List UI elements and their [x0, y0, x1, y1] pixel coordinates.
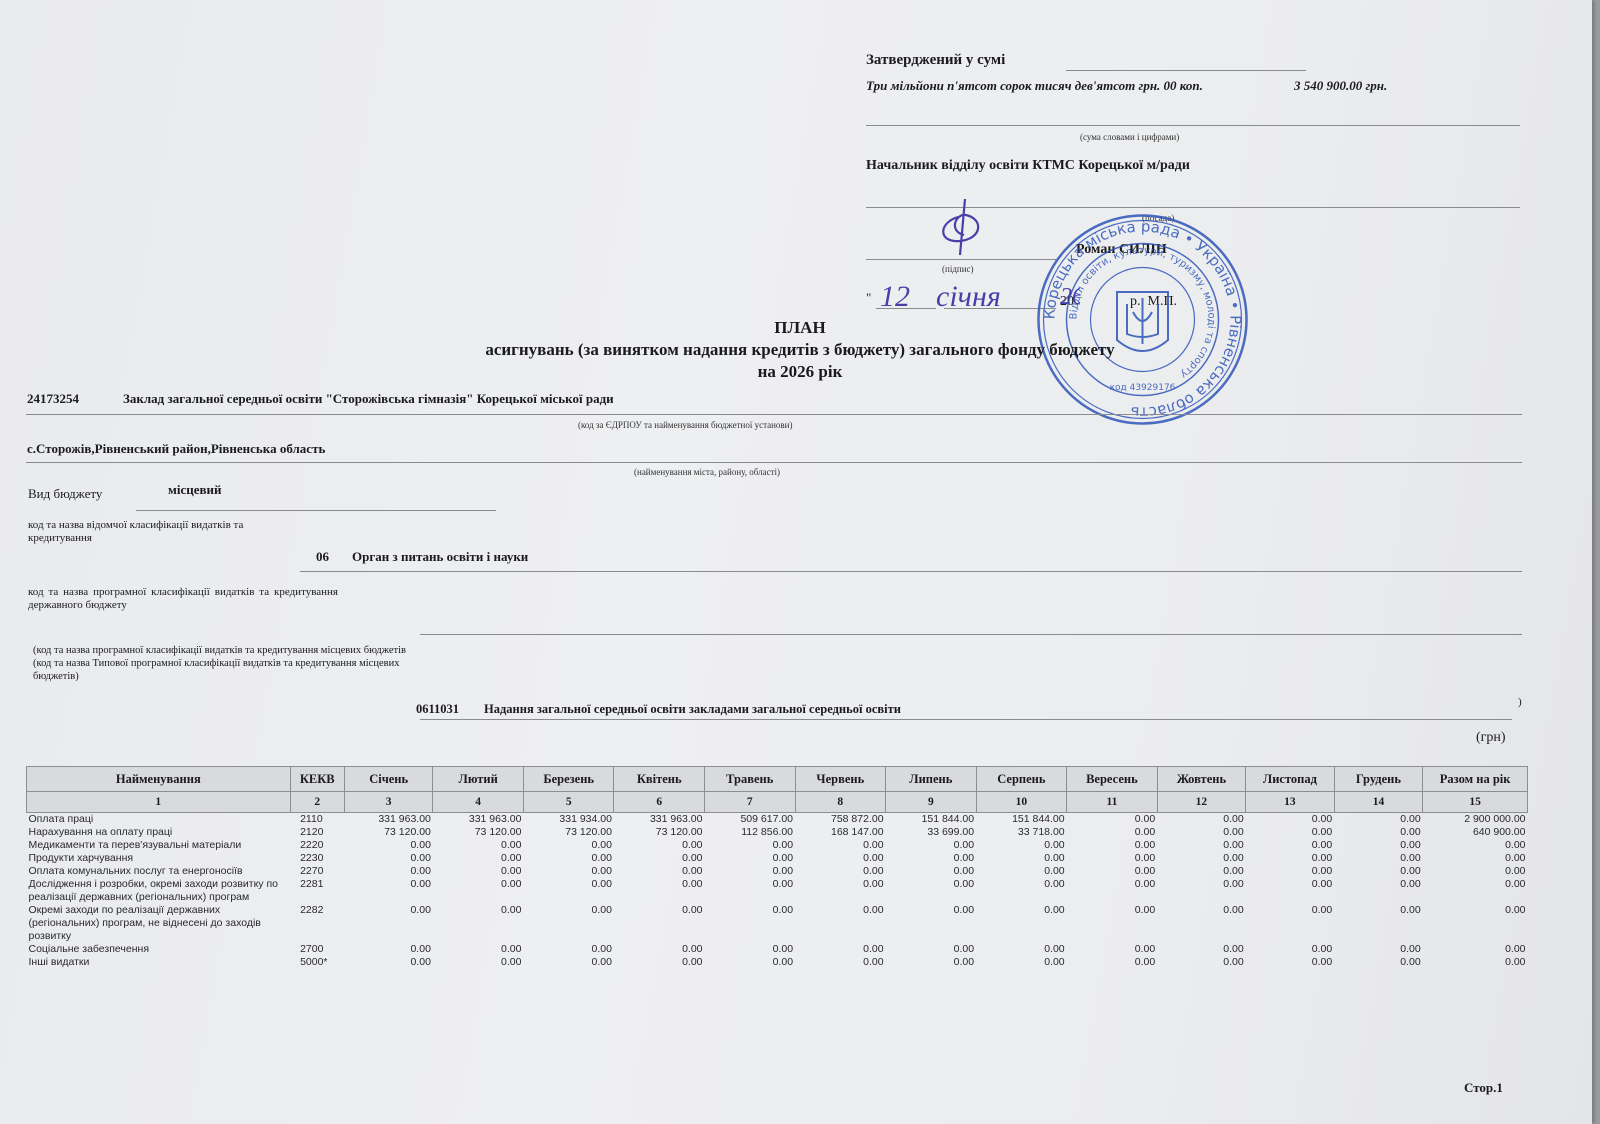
- column-header: Травень: [705, 767, 796, 792]
- local-program-label: (код та назва програмної класифікації ви…: [33, 644, 413, 683]
- approval-sum-digits: 3 540 900.00 грн.: [1294, 78, 1387, 94]
- column-header: Червень: [795, 767, 886, 792]
- month-value-cell: 0.00: [1334, 878, 1423, 904]
- divider: [1066, 70, 1306, 71]
- month-value-cell: 0.00: [1067, 839, 1158, 852]
- month-value-cell: 0.00: [705, 865, 796, 878]
- month-value-cell: 0.00: [1246, 865, 1335, 878]
- month-value-cell: 0.00: [705, 943, 796, 956]
- month-value-cell: 0.00: [614, 878, 705, 904]
- month-value-cell: 0.00: [886, 865, 977, 878]
- month-value-cell: 0.00: [886, 878, 977, 904]
- kekv-code: 5000*: [290, 956, 344, 969]
- month-value-cell: 0.00: [1334, 813, 1423, 827]
- signature-icon: [930, 195, 1000, 275]
- expense-name: Дослідження і розробки, окремі заходи ро…: [27, 878, 291, 904]
- month-value-cell: 0.00: [705, 904, 796, 943]
- month-value-cell: 0.00: [1067, 813, 1158, 827]
- month-value-cell: 0.00: [344, 865, 433, 878]
- column-header: КЕКВ: [290, 767, 344, 792]
- divider: [420, 719, 1512, 720]
- month-value-cell: 0.00: [976, 943, 1067, 956]
- column-number: 11: [1067, 792, 1158, 813]
- month-value-cell: 758 872.00: [795, 813, 886, 827]
- month-value-cell: 0.00: [976, 956, 1067, 969]
- month-value-cell: 0.00: [1246, 878, 1335, 904]
- month-value-cell: 0.00: [344, 839, 433, 852]
- institution-name: Заклад загальної середньої освіти "Сторо…: [123, 391, 614, 407]
- dept-class-label: код та назва відомчої класифікації видат…: [28, 519, 298, 545]
- month-value-cell: 0.00: [1067, 852, 1158, 865]
- month-value-cell: 0.00: [433, 956, 524, 969]
- table-body: Оплата праці2110331 963.00331 963.00331 …: [27, 813, 1528, 970]
- month-value-cell: 33 699.00: [886, 826, 977, 839]
- table-row: Нарахування на оплату праці212073 120.00…: [27, 826, 1528, 839]
- month-value-cell: 0.00: [1246, 839, 1335, 852]
- month-value-cell: 0.00: [344, 943, 433, 956]
- document-subtitle: асигнувань (за винятком надання кредитів…: [0, 340, 1600, 360]
- month-value-cell: 0.00: [976, 865, 1067, 878]
- column-number: 13: [1246, 792, 1335, 813]
- table-header-row: НайменуванняКЕКВСіченьЛютийБерезеньКвіте…: [27, 767, 1528, 792]
- month-value-cell: 0.00: [1067, 943, 1158, 956]
- expense-name: Оплата праці: [27, 813, 291, 827]
- sum-caption: (сума словами і цифрами): [1080, 132, 1179, 142]
- month-value-cell: 0.00: [433, 865, 524, 878]
- column-header: Березень: [523, 767, 614, 792]
- month-value-cell: 0.00: [886, 904, 977, 943]
- allocation-table: НайменуванняКЕКВСіченьЛютийБерезеньКвіте…: [26, 766, 1528, 969]
- column-number: 12: [1157, 792, 1246, 813]
- column-number: 1: [27, 792, 291, 813]
- column-header: Вересень: [1067, 767, 1158, 792]
- column-header: Разом на рік: [1423, 767, 1528, 792]
- month-value-cell: 0.00: [705, 878, 796, 904]
- month-value-cell: 0.00: [976, 904, 1067, 943]
- divider: [420, 634, 1522, 635]
- month-value-cell: 0.00: [1067, 904, 1158, 943]
- annual-total-cell: 0.00: [1423, 865, 1528, 878]
- divider: [26, 414, 1522, 415]
- date-open-quote: ": [866, 290, 871, 306]
- month-value-cell: 0.00: [1334, 956, 1423, 969]
- month-value-cell: 0.00: [523, 904, 614, 943]
- document-page: Затверджений у сумі Три мільйони п'ятсот…: [0, 0, 1592, 1124]
- month-value-cell: 0.00: [1246, 943, 1335, 956]
- month-value-cell: 0.00: [976, 839, 1067, 852]
- table-row: Інші видатки5000*0.000.000.000.000.000.0…: [27, 956, 1528, 969]
- expense-name: Окремі заходи по реалізації державних (р…: [27, 904, 291, 943]
- column-header: Січень: [344, 767, 433, 792]
- month-value-cell: 0.00: [886, 943, 977, 956]
- column-number: 6: [614, 792, 705, 813]
- approval-title: Затверджений у сумі: [866, 52, 1005, 69]
- date-day: 12: [880, 280, 910, 313]
- month-value-cell: 0.00: [886, 839, 977, 852]
- expense-name: Оплата комунальних послуг та енергоносії…: [27, 865, 291, 878]
- dept-code: 06: [316, 549, 329, 565]
- kekv-code: 2220: [290, 839, 344, 852]
- month-value-cell: 0.00: [1246, 904, 1335, 943]
- month-value-cell: 73 120.00: [433, 826, 524, 839]
- month-value-cell: 0.00: [795, 865, 886, 878]
- edrpou-code: 24173254: [27, 391, 79, 407]
- month-value-cell: 0.00: [344, 956, 433, 969]
- column-number: 8: [795, 792, 886, 813]
- table-number-row: 123456789101112131415: [27, 792, 1528, 813]
- month-value-cell: 0.00: [1157, 852, 1246, 865]
- month-value-cell: 0.00: [1157, 865, 1246, 878]
- month-value-cell: 0.00: [1157, 826, 1246, 839]
- month-value-cell: 0.00: [614, 956, 705, 969]
- stamp-code: код 43929176: [1110, 383, 1176, 393]
- month-value-cell: 0.00: [344, 878, 433, 904]
- annual-total-cell: 0.00: [1423, 839, 1528, 852]
- column-header: Серпень: [976, 767, 1067, 792]
- budget-type-label: Вид бюджету: [28, 486, 102, 502]
- kekv-code: 2270: [290, 865, 344, 878]
- month-value-cell: 0.00: [344, 904, 433, 943]
- divider: [866, 125, 1520, 126]
- month-value-cell: 0.00: [1157, 878, 1246, 904]
- month-value-cell: 0.00: [523, 839, 614, 852]
- column-header: Лютий: [433, 767, 524, 792]
- month-value-cell: 0.00: [614, 852, 705, 865]
- month-value-cell: 331 934.00: [523, 813, 614, 827]
- month-value-cell: 0.00: [1067, 956, 1158, 969]
- month-value-cell: 0.00: [614, 943, 705, 956]
- month-value-cell: 0.00: [1334, 839, 1423, 852]
- month-value-cell: 0.00: [886, 956, 977, 969]
- month-value-cell: 0.00: [1246, 826, 1335, 839]
- month-value-cell: 0.00: [523, 865, 614, 878]
- kekv-code: 2230: [290, 852, 344, 865]
- month-value-cell: 0.00: [976, 852, 1067, 865]
- month-value-cell: 73 120.00: [614, 826, 705, 839]
- annual-total-cell: 640 900.00: [1423, 826, 1528, 839]
- month-value-cell: 0.00: [523, 943, 614, 956]
- column-number: 3: [344, 792, 433, 813]
- state-program-label: код та назва програмної класифікації вид…: [28, 586, 338, 612]
- annual-total-cell: 2 900 000.00: [1423, 813, 1528, 827]
- document-title: ПЛАН: [0, 318, 1600, 338]
- table-row: Соціальне забезпечення27000.000.000.000.…: [27, 943, 1528, 956]
- expense-name: Медикаменти та перев'язувальні матеріали: [27, 839, 291, 852]
- approver-position: Начальник відділу освіти КТМС Корецької …: [866, 158, 1190, 174]
- table-row: Окремі заходи по реалізації державних (р…: [27, 904, 1528, 943]
- month-value-cell: 0.00: [1067, 826, 1158, 839]
- month-value-cell: 0.00: [1157, 956, 1246, 969]
- month-value-cell: 0.00: [795, 956, 886, 969]
- month-value-cell: 0.00: [1067, 865, 1158, 878]
- month-value-cell: 168 147.00: [795, 826, 886, 839]
- month-value-cell: 0.00: [523, 956, 614, 969]
- month-value-cell: 0.00: [1334, 865, 1423, 878]
- annual-total-cell: 0.00: [1423, 956, 1528, 969]
- month-value-cell: 0.00: [1067, 878, 1158, 904]
- month-value-cell: 0.00: [705, 839, 796, 852]
- column-number: 10: [976, 792, 1067, 813]
- kekv-code: 2282: [290, 904, 344, 943]
- annual-total-cell: 0.00: [1423, 852, 1528, 865]
- month-value-cell: 0.00: [1246, 956, 1335, 969]
- budget-type-value: місцевий: [168, 482, 222, 498]
- month-value-cell: 331 963.00: [344, 813, 433, 827]
- currency-label: (грн): [1476, 730, 1506, 746]
- date-month: січня: [936, 280, 1001, 313]
- month-value-cell: 0.00: [795, 839, 886, 852]
- month-value-cell: 0.00: [795, 852, 886, 865]
- dept-name: Орган з питань освіти і науки: [352, 549, 528, 565]
- month-value-cell: 509 617.00: [705, 813, 796, 827]
- month-value-cell: 0.00: [795, 904, 886, 943]
- month-value-cell: 0.00: [344, 852, 433, 865]
- month-value-cell: 0.00: [1157, 839, 1246, 852]
- month-value-cell: 0.00: [1246, 813, 1335, 827]
- month-value-cell: 0.00: [976, 878, 1067, 904]
- month-value-cell: 0.00: [433, 943, 524, 956]
- table-row: Оплата праці2110331 963.00331 963.00331 …: [27, 813, 1528, 827]
- location-caption: (найменування міста, району, області): [634, 467, 780, 477]
- column-number: 9: [886, 792, 977, 813]
- institution-location: с.Сторожів,Рівненський район,Рівненська …: [27, 441, 325, 457]
- month-value-cell: 0.00: [523, 878, 614, 904]
- table-row: Продукти харчування22300.000.000.000.000…: [27, 852, 1528, 865]
- kekv-code: 2110: [290, 813, 344, 827]
- month-value-cell: 331 963.00: [614, 813, 705, 827]
- local-program-code: 0611031: [416, 702, 459, 717]
- month-value-cell: 0.00: [705, 852, 796, 865]
- column-header: Жовтень: [1157, 767, 1246, 792]
- month-value-cell: 73 120.00: [523, 826, 614, 839]
- column-number: 5: [523, 792, 614, 813]
- column-header: Квітень: [614, 767, 705, 792]
- month-value-cell: 112 856.00: [705, 826, 796, 839]
- document-year: на 2026 рік: [0, 362, 1600, 382]
- divider: [136, 510, 496, 511]
- month-value-cell: 0.00: [1334, 826, 1423, 839]
- expense-name: Соціальне забезпечення: [27, 943, 291, 956]
- month-value-cell: 0.00: [523, 852, 614, 865]
- month-value-cell: 0.00: [795, 878, 886, 904]
- kekv-code: 2281: [290, 878, 344, 904]
- month-value-cell: 73 120.00: [344, 826, 433, 839]
- month-value-cell: 151 844.00: [886, 813, 977, 827]
- month-value-cell: 151 844.00: [976, 813, 1067, 827]
- month-value-cell: 0.00: [705, 956, 796, 969]
- month-value-cell: 0.00: [1334, 943, 1423, 956]
- annual-total-cell: 0.00: [1423, 943, 1528, 956]
- column-number: 2: [290, 792, 344, 813]
- table-row: Оплата комунальних послуг та енергоносії…: [27, 865, 1528, 878]
- expense-name: Інші видатки: [27, 956, 291, 969]
- approval-sum-words: Три мільйони п'ятсот сорок тисяч дев'ятс…: [866, 78, 1203, 94]
- month-value-cell: 0.00: [614, 904, 705, 943]
- month-value-cell: 0.00: [433, 904, 524, 943]
- month-value-cell: 0.00: [1334, 904, 1423, 943]
- expense-name: Нарахування на оплату праці: [27, 826, 291, 839]
- kekv-code: 2120: [290, 826, 344, 839]
- month-value-cell: 331 963.00: [433, 813, 524, 827]
- divider: [26, 462, 1522, 463]
- month-value-cell: 0.00: [886, 852, 977, 865]
- month-value-cell: 33 718.00: [976, 826, 1067, 839]
- annual-total-cell: 0.00: [1423, 904, 1528, 943]
- month-value-cell: 0.00: [433, 878, 524, 904]
- column-number: 15: [1423, 792, 1528, 813]
- table-row: Дослідження і розробки, окремі заходи ро…: [27, 878, 1528, 904]
- column-number: 14: [1334, 792, 1423, 813]
- annual-total-cell: 0.00: [1423, 878, 1528, 904]
- column-header: Грудень: [1334, 767, 1423, 792]
- month-value-cell: 0.00: [1246, 852, 1335, 865]
- divider: [300, 571, 1522, 572]
- closing-paren: ): [1518, 696, 1522, 708]
- institution-caption: (код за ЄДРПОУ та найменування бюджетної…: [578, 420, 792, 430]
- column-header: Липень: [886, 767, 977, 792]
- month-value-cell: 0.00: [1334, 852, 1423, 865]
- page-number: Стор.1: [1464, 1080, 1503, 1096]
- column-header: Листопад: [1246, 767, 1335, 792]
- month-value-cell: 0.00: [795, 943, 886, 956]
- month-value-cell: 0.00: [614, 865, 705, 878]
- local-program-name: Надання загальної середньої освіти закла…: [484, 702, 901, 717]
- month-value-cell: 0.00: [433, 852, 524, 865]
- column-number: 4: [433, 792, 524, 813]
- expense-name: Продукти харчування: [27, 852, 291, 865]
- column-number: 7: [705, 792, 796, 813]
- month-value-cell: 0.00: [1157, 813, 1246, 827]
- column-header: Найменування: [27, 767, 291, 792]
- month-value-cell: 0.00: [614, 839, 705, 852]
- month-value-cell: 0.00: [1157, 943, 1246, 956]
- table-row: Медикаменти та перев'язувальні матеріали…: [27, 839, 1528, 852]
- kekv-code: 2700: [290, 943, 344, 956]
- month-value-cell: 0.00: [1157, 904, 1246, 943]
- month-value-cell: 0.00: [433, 839, 524, 852]
